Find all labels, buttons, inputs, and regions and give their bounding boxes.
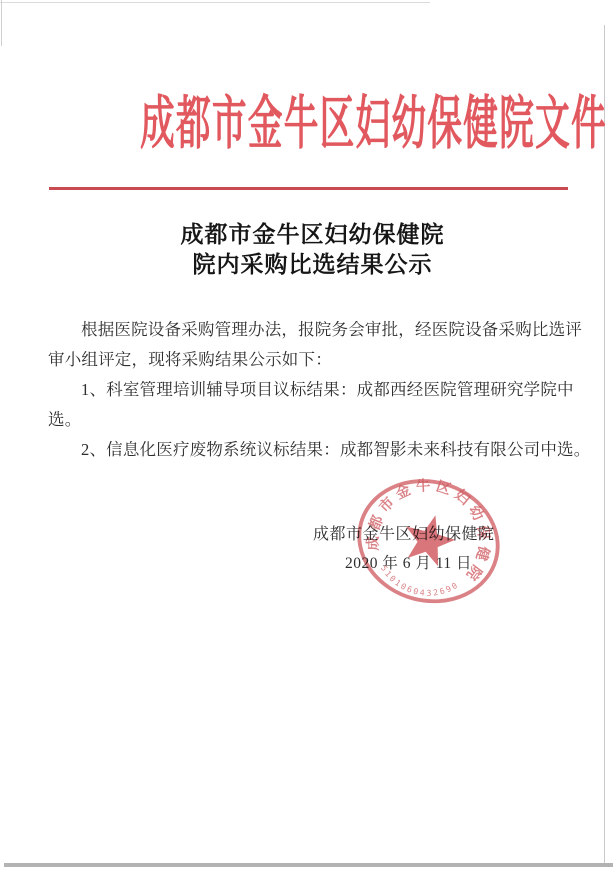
red-header-title: 成都市金牛区妇幼保健院文件 bbox=[3, 88, 613, 160]
scan-edge-top bbox=[0, 2, 430, 3]
document-title-line1: 成都市金牛区妇幼保健院 bbox=[6, 220, 613, 250]
scan-edge-bottom bbox=[4, 863, 613, 867]
official-seal: 成都市金牛区妇幼保健院 5101060432690 bbox=[335, 458, 520, 628]
scan-edge-left bbox=[1, 0, 2, 46]
body-text-line: 选。 bbox=[48, 405, 588, 435]
body-text-line: 审小组评定，现将采购结果公示如下： bbox=[48, 345, 588, 375]
body-text: 根据医院设备采购管理办法，报院务会审批，经医院设备采购比选评 审小组评定，现将采… bbox=[48, 315, 588, 465]
official-seal-graphic: 成都市金牛区妇幼保健院 5101060432690 bbox=[335, 458, 520, 628]
document-page: 成都市金牛区妇幼保健院文件 成都市金牛区妇幼保健院 院内采购比选结果公示 根据医… bbox=[0, 0, 613, 869]
body-text-line: 根据医院设备采购管理办法，报院务会审批，经医院设备采购比选评 bbox=[48, 315, 588, 345]
body-text-line: 2、信息化医疗废物系统议标结果：成都智影未来科技有限公司中选。 bbox=[48, 435, 588, 465]
red-divider-line bbox=[49, 187, 568, 190]
star-icon bbox=[398, 509, 460, 569]
red-header-title-text: 成都市金牛区妇幼保健院文件 bbox=[140, 86, 607, 162]
document-title: 成都市金牛区妇幼保健院 院内采购比选结果公示 bbox=[6, 220, 613, 280]
body-text-line: 1、科室管理培训辅导项目议标结果：成都西经医院管理研究学院中 bbox=[48, 375, 588, 405]
document-title-line2: 院内采购比选结果公示 bbox=[6, 250, 613, 280]
